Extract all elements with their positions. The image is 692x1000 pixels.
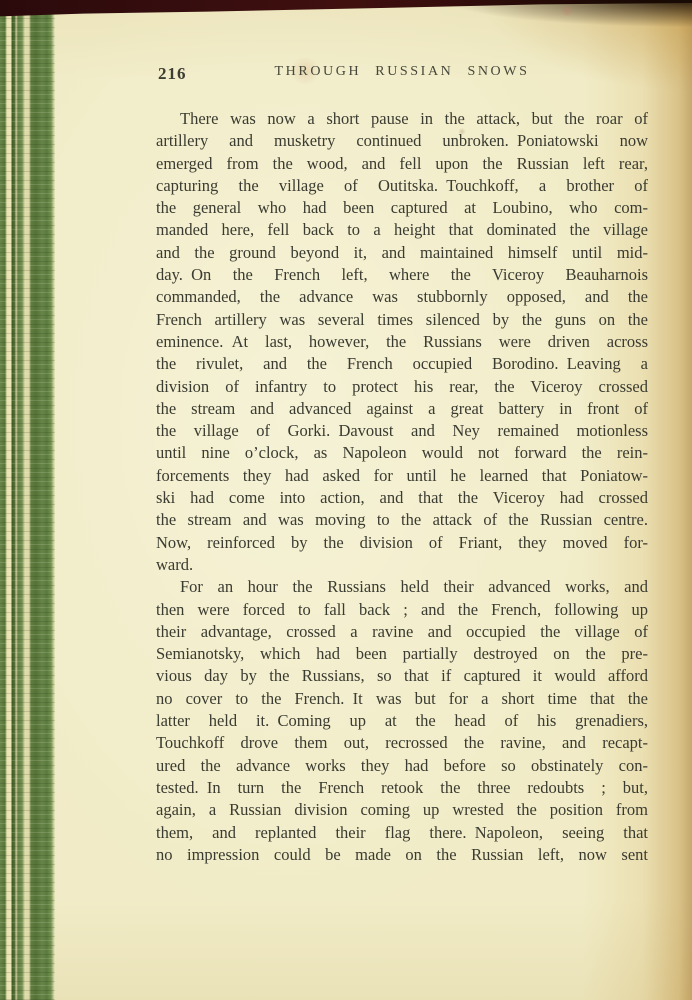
text-line: day. On the French left, where the Vicer… xyxy=(156,264,648,286)
text-line: ured the advance works they had before s… xyxy=(156,755,648,777)
text-line: Now, reinforced by the division of Frian… xyxy=(156,532,648,554)
text-line: vious day by the Russians, so that if ca… xyxy=(156,665,648,687)
text-line: tested. In turn the French retook the th… xyxy=(156,777,648,799)
text-line: the general who had been captured at Lou… xyxy=(156,197,648,219)
paragraph: There was now a short pause in the attac… xyxy=(156,108,648,576)
text-line: French artillery was several times silen… xyxy=(156,309,648,331)
text-line: emerged from the wood, and fell upon the… xyxy=(156,153,648,175)
text-line: ward. xyxy=(156,554,648,576)
text-line: the rivulet, and the French occupied Bor… xyxy=(156,353,648,375)
page-number: 216 xyxy=(158,64,187,84)
paragraph: For an hour the Russians held their adva… xyxy=(156,576,648,866)
text-line: then were forced to fall back ; and the … xyxy=(156,599,648,621)
text-line: the village of Gorki. Davoust and Ney re… xyxy=(156,420,648,442)
text-block: 216 THROUGH RUSSIAN SNOWS There was now … xyxy=(156,64,648,866)
text-line: the stream and was moving to the attack … xyxy=(156,509,648,531)
text-line: latter held it. Coming up at the head of… xyxy=(156,710,648,732)
text-line: artillery and musketry continued unbroke… xyxy=(156,130,648,152)
text-line: and the ground beyond it, and maintained… xyxy=(156,242,648,264)
text-line: For an hour the Russians held their adva… xyxy=(156,576,648,598)
running-title: THROUGH RUSSIAN SNOWS xyxy=(156,64,648,80)
text-line: forcements they had asked for until he l… xyxy=(156,465,648,487)
text-line: There was now a short pause in the attac… xyxy=(156,108,648,130)
text-line: Semianotsky, which had been partially de… xyxy=(156,643,648,665)
text-line: no impression could be made on the Russi… xyxy=(156,844,648,866)
text-line: manded here, fell back to a height that … xyxy=(156,219,648,241)
text-line: capturing the village of Outitska. Touch… xyxy=(156,175,648,197)
text-line: the stream and advanced against a great … xyxy=(156,398,648,420)
text-line: their advantage, crossed a ravine and oc… xyxy=(156,621,648,643)
text-line: Touchkoff drove them out, recrossed the … xyxy=(156,732,648,754)
paper-stain xyxy=(560,6,574,16)
text-line: ski had come into action, and that the V… xyxy=(156,487,648,509)
page-edges-left xyxy=(0,0,55,1000)
text-line: eminence. At last, however, the Russians… xyxy=(156,331,648,353)
corner-shadow xyxy=(362,0,692,44)
text-line: until nine o’clock, as Napoleon would no… xyxy=(156,442,648,464)
text-body: There was now a short pause in the attac… xyxy=(156,108,648,866)
text-line: again, a Russian division coming up wres… xyxy=(156,799,648,821)
book-page-scan: 216 THROUGH RUSSIAN SNOWS There was now … xyxy=(0,0,692,1000)
text-line: commanded, the advance was stubbornly op… xyxy=(156,286,648,308)
text-line: them, and replanted their flag there. Na… xyxy=(156,822,648,844)
text-line: division of infantry to protect his rear… xyxy=(156,376,648,398)
page-header: 216 THROUGH RUSSIAN SNOWS xyxy=(156,64,648,86)
text-line: no cover to the French. It was but for a… xyxy=(156,688,648,710)
